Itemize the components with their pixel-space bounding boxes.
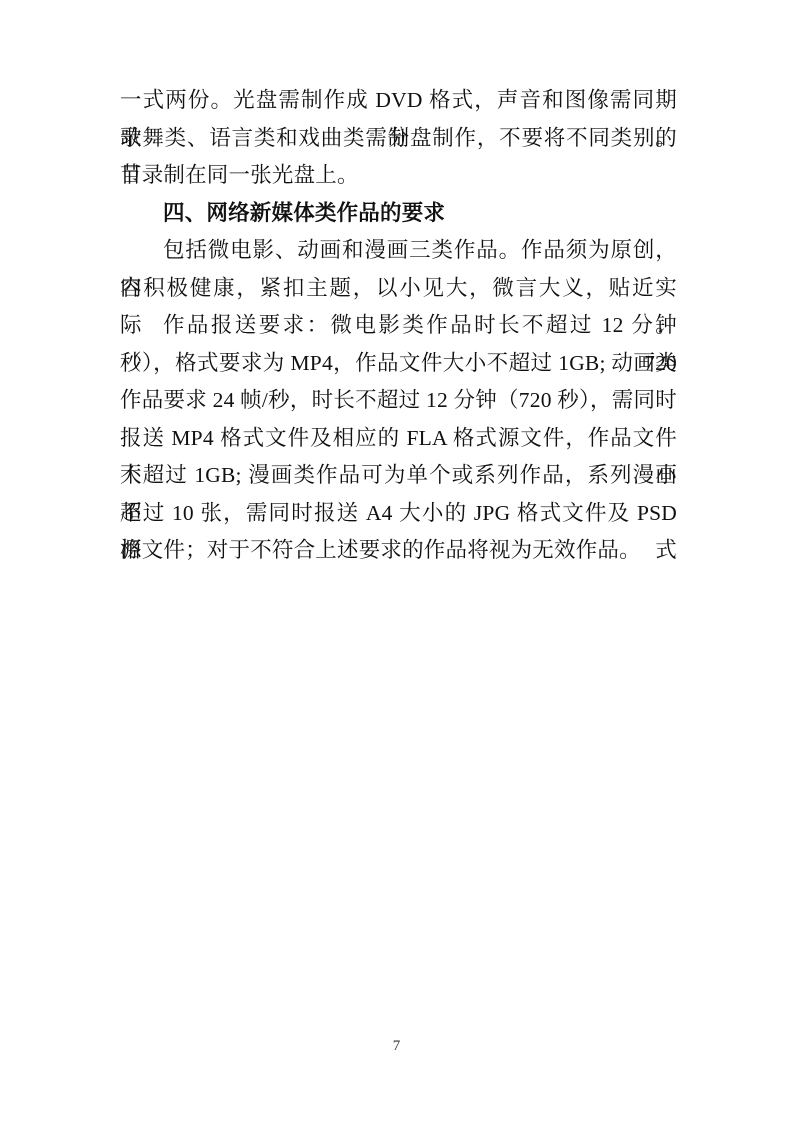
text-line: 超过 10 张，需同时报送 A4 大小的 JPG 格式文件及 PSD 格式 (120, 495, 677, 533)
document-page: 一式两份。光盘需制作成 DVD 格式，声音和图像需同期录制。 歌舞类、语言类和戏… (0, 0, 793, 1122)
text-line: 报送 MP4 格式文件及相应的 FLA 格式源文件，作品文件大小 (120, 420, 677, 458)
text-line: 一式两份。光盘需制作成 DVD 格式，声音和图像需同期录制。 (120, 82, 677, 120)
text-line: 不超过 1GB; 漫画类作品可为单个或系列作品，系列漫画不 (120, 457, 677, 495)
text-line: 包括微电影、动画和漫画三类作品。作品须为原创，内 (120, 232, 677, 270)
text-line: 作品要求 24 帧/秒，时长不超过 12 分钟（720 秒），需同时 (120, 382, 677, 420)
text-line: 歌舞类、语言类和戏曲类需分盘制作，不要将不同类别的节 (120, 120, 677, 158)
text-line: 目录制在同一张光盘上。 (120, 157, 677, 195)
section-heading: 四、网络新媒体类作品的要求 (120, 195, 677, 233)
text-line: 容积极健康，紧扣主题，以小见大，微言大义，贴近实际。 (120, 270, 677, 308)
text-line: 秒），格式要求为 MP4，作品文件大小不超过 1GB; 动画类 (120, 345, 677, 383)
text-line: 源文件；对于不符合上述要求的作品将视为无效作品。 (120, 532, 677, 570)
page-number: 7 (0, 1036, 793, 1056)
text-block: 一式两份。光盘需制作成 DVD 格式，声音和图像需同期录制。 歌舞类、语言类和戏… (120, 82, 677, 570)
text-line: 作品报送要求：微电影类作品时长不超过 12 分钟（720 (120, 307, 677, 345)
